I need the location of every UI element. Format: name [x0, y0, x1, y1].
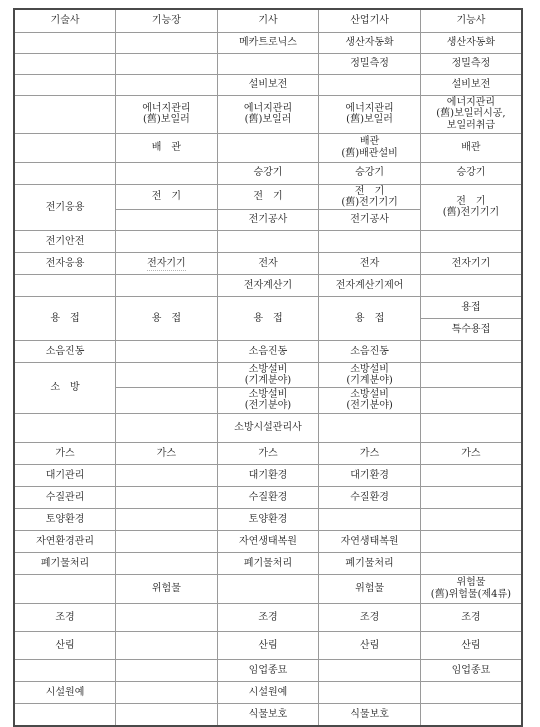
table-row: 전자계산기 전자계산기제어	[14, 274, 522, 296]
table-cell: 배관	[420, 133, 522, 162]
table-cell	[116, 413, 218, 442]
table-cell: 승강기	[319, 162, 421, 184]
col-header-industrial-engineer: 산업기사	[319, 9, 421, 32]
table-cell: 설비보전	[217, 74, 319, 95]
table-cell: 전자계산기	[217, 274, 319, 296]
table-cell: 가스	[319, 442, 421, 464]
table-row: 배 관 배관 (舊)배관설비 배관	[14, 133, 522, 162]
table-cell: 조경	[14, 603, 116, 631]
table-row: 메카트로닉스 생산자동화 생산자동화	[14, 32, 522, 53]
table-cell: 전자응용	[14, 252, 116, 274]
table-cell	[420, 552, 522, 574]
table-cell	[14, 574, 116, 603]
table-cell	[217, 53, 319, 74]
table-cell: 전기공사	[217, 209, 319, 230]
table-cell: 전기공사	[319, 209, 421, 230]
table-cell: 용 접	[14, 296, 116, 340]
table-cell: 전자	[319, 252, 421, 274]
table-cell: 생산자동화	[319, 32, 421, 53]
table-cell	[116, 74, 218, 95]
table-cell: 에너지관리 (舊)보일러	[319, 95, 421, 133]
table-cell: 메카트로닉스	[217, 32, 319, 53]
table-cell: 수질환경	[217, 486, 319, 508]
table-cell	[319, 681, 421, 703]
table-cell	[217, 574, 319, 603]
table-cell: 소방시설관리사	[217, 413, 319, 442]
table-row: 식물보호 식물보호	[14, 703, 522, 726]
header-row: 기술사 기능장 기사 산업기사 기능사	[14, 9, 522, 32]
table-cell	[116, 340, 218, 362]
table-cell: 승강기	[217, 162, 319, 184]
table-cell: 소방설비 (기계분야)	[319, 362, 421, 387]
col-header-craftsman: 기능사	[420, 9, 522, 32]
table-cell: 수질환경	[319, 486, 421, 508]
table-row: 조경 조경 조경 조경	[14, 603, 522, 631]
table-cell	[420, 530, 522, 552]
table-row: 정밀측정 정밀측정	[14, 53, 522, 74]
table-row: 자연환경관리 자연생태복원 자연생태복원	[14, 530, 522, 552]
table-cell: 위험물	[319, 574, 421, 603]
table-cell	[14, 703, 116, 726]
table-cell: 소방설비 (전기분야)	[217, 388, 319, 413]
table-cell	[420, 230, 522, 252]
table-cell	[116, 32, 218, 53]
table-cell: 용 접	[116, 296, 218, 340]
table-cell-underlined-text: 전자기기	[147, 258, 186, 271]
table-row: 가스 가스 가스 가스 가스	[14, 442, 522, 464]
table-cell: 에너지관리 (舊)보일러	[217, 95, 319, 133]
table-cell	[319, 230, 421, 252]
table-cell	[116, 362, 218, 387]
table-cell	[420, 486, 522, 508]
table-cell	[14, 32, 116, 53]
table-cell	[319, 659, 421, 681]
table-cell: 승강기	[420, 162, 522, 184]
table-cell: 폐기물처리	[217, 552, 319, 574]
table-cell: 소음진동	[14, 340, 116, 362]
table-cell	[116, 464, 218, 486]
table-cell	[217, 230, 319, 252]
table-cell	[116, 703, 218, 726]
table-cell: 폐기물처리	[14, 552, 116, 574]
table-row: 전기응용 전 기 전 기 전 기 (舊)전기기기 전 기 (舊)전기기기	[14, 184, 522, 209]
table-cell: 전자기기	[116, 252, 218, 274]
table-cell: 시설원예	[14, 681, 116, 703]
table-row: 임업종묘 임업종묘	[14, 659, 522, 681]
table-cell: 용접	[420, 296, 522, 318]
table-cell	[14, 53, 116, 74]
table-cell: 소음진동	[319, 340, 421, 362]
table-cell: 배관 (舊)배관설비	[319, 133, 421, 162]
table-cell: 수질관리	[14, 486, 116, 508]
table-cell: 임업종묘	[420, 659, 522, 681]
table-cell: 전 기 (舊)전기기기	[420, 184, 522, 230]
table-cell	[14, 659, 116, 681]
table-cell	[420, 413, 522, 442]
table-cell	[420, 681, 522, 703]
table-cell: 설비보전	[420, 74, 522, 95]
certification-grid-table: 기술사 기능장 기사 산업기사 기능사 메카트로닉스 생산자동화 생산자동화 정…	[13, 8, 523, 727]
table-row: 수질관리 수질환경 수질환경	[14, 486, 522, 508]
table-cell	[14, 95, 116, 133]
table-cell: 전자기기	[420, 252, 522, 274]
table-cell: 정밀측정	[319, 53, 421, 74]
table-cell: 자연생태복원	[217, 530, 319, 552]
table-cell: 배 관	[116, 133, 218, 162]
table-row: 소 방 소방설비 (기계분야) 소방설비 (기계분야)	[14, 362, 522, 387]
table-row: 설비보전 설비보전	[14, 74, 522, 95]
table-cell: 조경	[420, 603, 522, 631]
table-cell	[116, 388, 218, 413]
table-cell	[116, 508, 218, 530]
table-cell	[116, 530, 218, 552]
table-cell: 토양환경	[217, 508, 319, 530]
table-cell: 가스	[420, 442, 522, 464]
col-header-technical-engineer: 기술사	[14, 9, 116, 32]
table-cell: 전 기	[217, 184, 319, 209]
table-row: 소방시설관리사	[14, 413, 522, 442]
table-cell: 시설원예	[217, 681, 319, 703]
table-row: 시설원예 시설원예	[14, 681, 522, 703]
table-cell	[420, 508, 522, 530]
table-row: 소음진동 소음진동 소음진동	[14, 340, 522, 362]
table-row: 위험물 위험물 위험물 (舊)위험물(제4류)	[14, 574, 522, 603]
table-cell	[14, 74, 116, 95]
table-row: 전기안전	[14, 230, 522, 252]
table-cell: 조경	[319, 603, 421, 631]
table-cell	[217, 133, 319, 162]
table-cell	[116, 486, 218, 508]
table-row: 용 접 용 접 용 접 용 접 용접	[14, 296, 522, 318]
table-cell	[116, 274, 218, 296]
table-cell: 소방설비 (전기분야)	[319, 388, 421, 413]
document-page: 기술사 기능장 기사 산업기사 기능사 메카트로닉스 생산자동화 생산자동화 정…	[0, 0, 540, 717]
table-cell: 자연생태복원	[319, 530, 421, 552]
table-cell	[116, 53, 218, 74]
table-cell	[116, 209, 218, 230]
table-cell	[116, 631, 218, 659]
table-cell	[319, 413, 421, 442]
table-cell: 정밀측정	[420, 53, 522, 74]
table-cell	[14, 133, 116, 162]
table-cell: 토양환경	[14, 508, 116, 530]
table-cell: 식물보호	[217, 703, 319, 726]
table-cell: 가스	[217, 442, 319, 464]
table-cell: 전자	[217, 252, 319, 274]
table-row: 토양환경 토양환경	[14, 508, 522, 530]
table-cell: 임업종묘	[217, 659, 319, 681]
table-cell: 자연환경관리	[14, 530, 116, 552]
table-cell	[420, 340, 522, 362]
table-cell: 전자계산기제어	[319, 274, 421, 296]
table-row: 산림 산림 산림 산림	[14, 631, 522, 659]
table-cell: 산림	[14, 631, 116, 659]
table-cell: 위험물 (舊)위험물(제4류)	[420, 574, 522, 603]
table-cell: 대기환경	[217, 464, 319, 486]
table-cell	[116, 603, 218, 631]
table-cell: 전 기 (舊)전기기기	[319, 184, 421, 209]
table-cell	[116, 230, 218, 252]
table-cell	[319, 508, 421, 530]
table-cell: 산림	[420, 631, 522, 659]
table-cell: 용 접	[319, 296, 421, 340]
table-cell: 전 기	[116, 184, 218, 209]
table-cell	[420, 388, 522, 413]
table-cell	[420, 362, 522, 387]
table-cell	[14, 274, 116, 296]
table-cell	[14, 162, 116, 184]
table-cell: 식물보호	[319, 703, 421, 726]
table-cell: 대기관리	[14, 464, 116, 486]
table-cell: 전기안전	[14, 230, 116, 252]
table-cell: 산림	[217, 631, 319, 659]
table-cell	[420, 703, 522, 726]
table-cell: 위험물	[116, 574, 218, 603]
table-cell: 생산자동화	[420, 32, 522, 53]
table-cell: 용 접	[217, 296, 319, 340]
table-cell: 전기응용	[14, 184, 116, 230]
table-row: 대기관리 대기환경 대기환경	[14, 464, 522, 486]
table-cell: 에너지관리 (舊)보일러	[116, 95, 218, 133]
table-cell: 폐기물처리	[319, 552, 421, 574]
table-cell: 소 방	[14, 362, 116, 413]
table-cell: 가스	[116, 442, 218, 464]
table-cell: 대기환경	[319, 464, 421, 486]
table-cell: 소방설비 (기계분야)	[217, 362, 319, 387]
table-row: 전자응용 전자기기 전자 전자 전자기기	[14, 252, 522, 274]
table-row: 승강기 승강기 승강기	[14, 162, 522, 184]
table-cell	[14, 413, 116, 442]
table-row: 폐기물처리 폐기물처리 폐기물처리	[14, 552, 522, 574]
table-cell	[420, 274, 522, 296]
col-header-master-craftsman: 기능장	[116, 9, 218, 32]
table-cell: 에너지관리 (舊)보일러시공, 보일러취급	[420, 95, 522, 133]
table-cell: 산림	[319, 631, 421, 659]
table-cell: 특수용접	[420, 318, 522, 340]
table-cell	[116, 162, 218, 184]
table-cell	[116, 552, 218, 574]
table-cell: 조경	[217, 603, 319, 631]
col-header-engineer: 기사	[217, 9, 319, 32]
table-cell	[116, 659, 218, 681]
table-cell: 소음진동	[217, 340, 319, 362]
table-cell	[420, 464, 522, 486]
table-row: 에너지관리 (舊)보일러 에너지관리 (舊)보일러 에너지관리 (舊)보일러 에…	[14, 95, 522, 133]
table-cell	[116, 681, 218, 703]
table-cell: 가스	[14, 442, 116, 464]
table-cell	[319, 74, 421, 95]
